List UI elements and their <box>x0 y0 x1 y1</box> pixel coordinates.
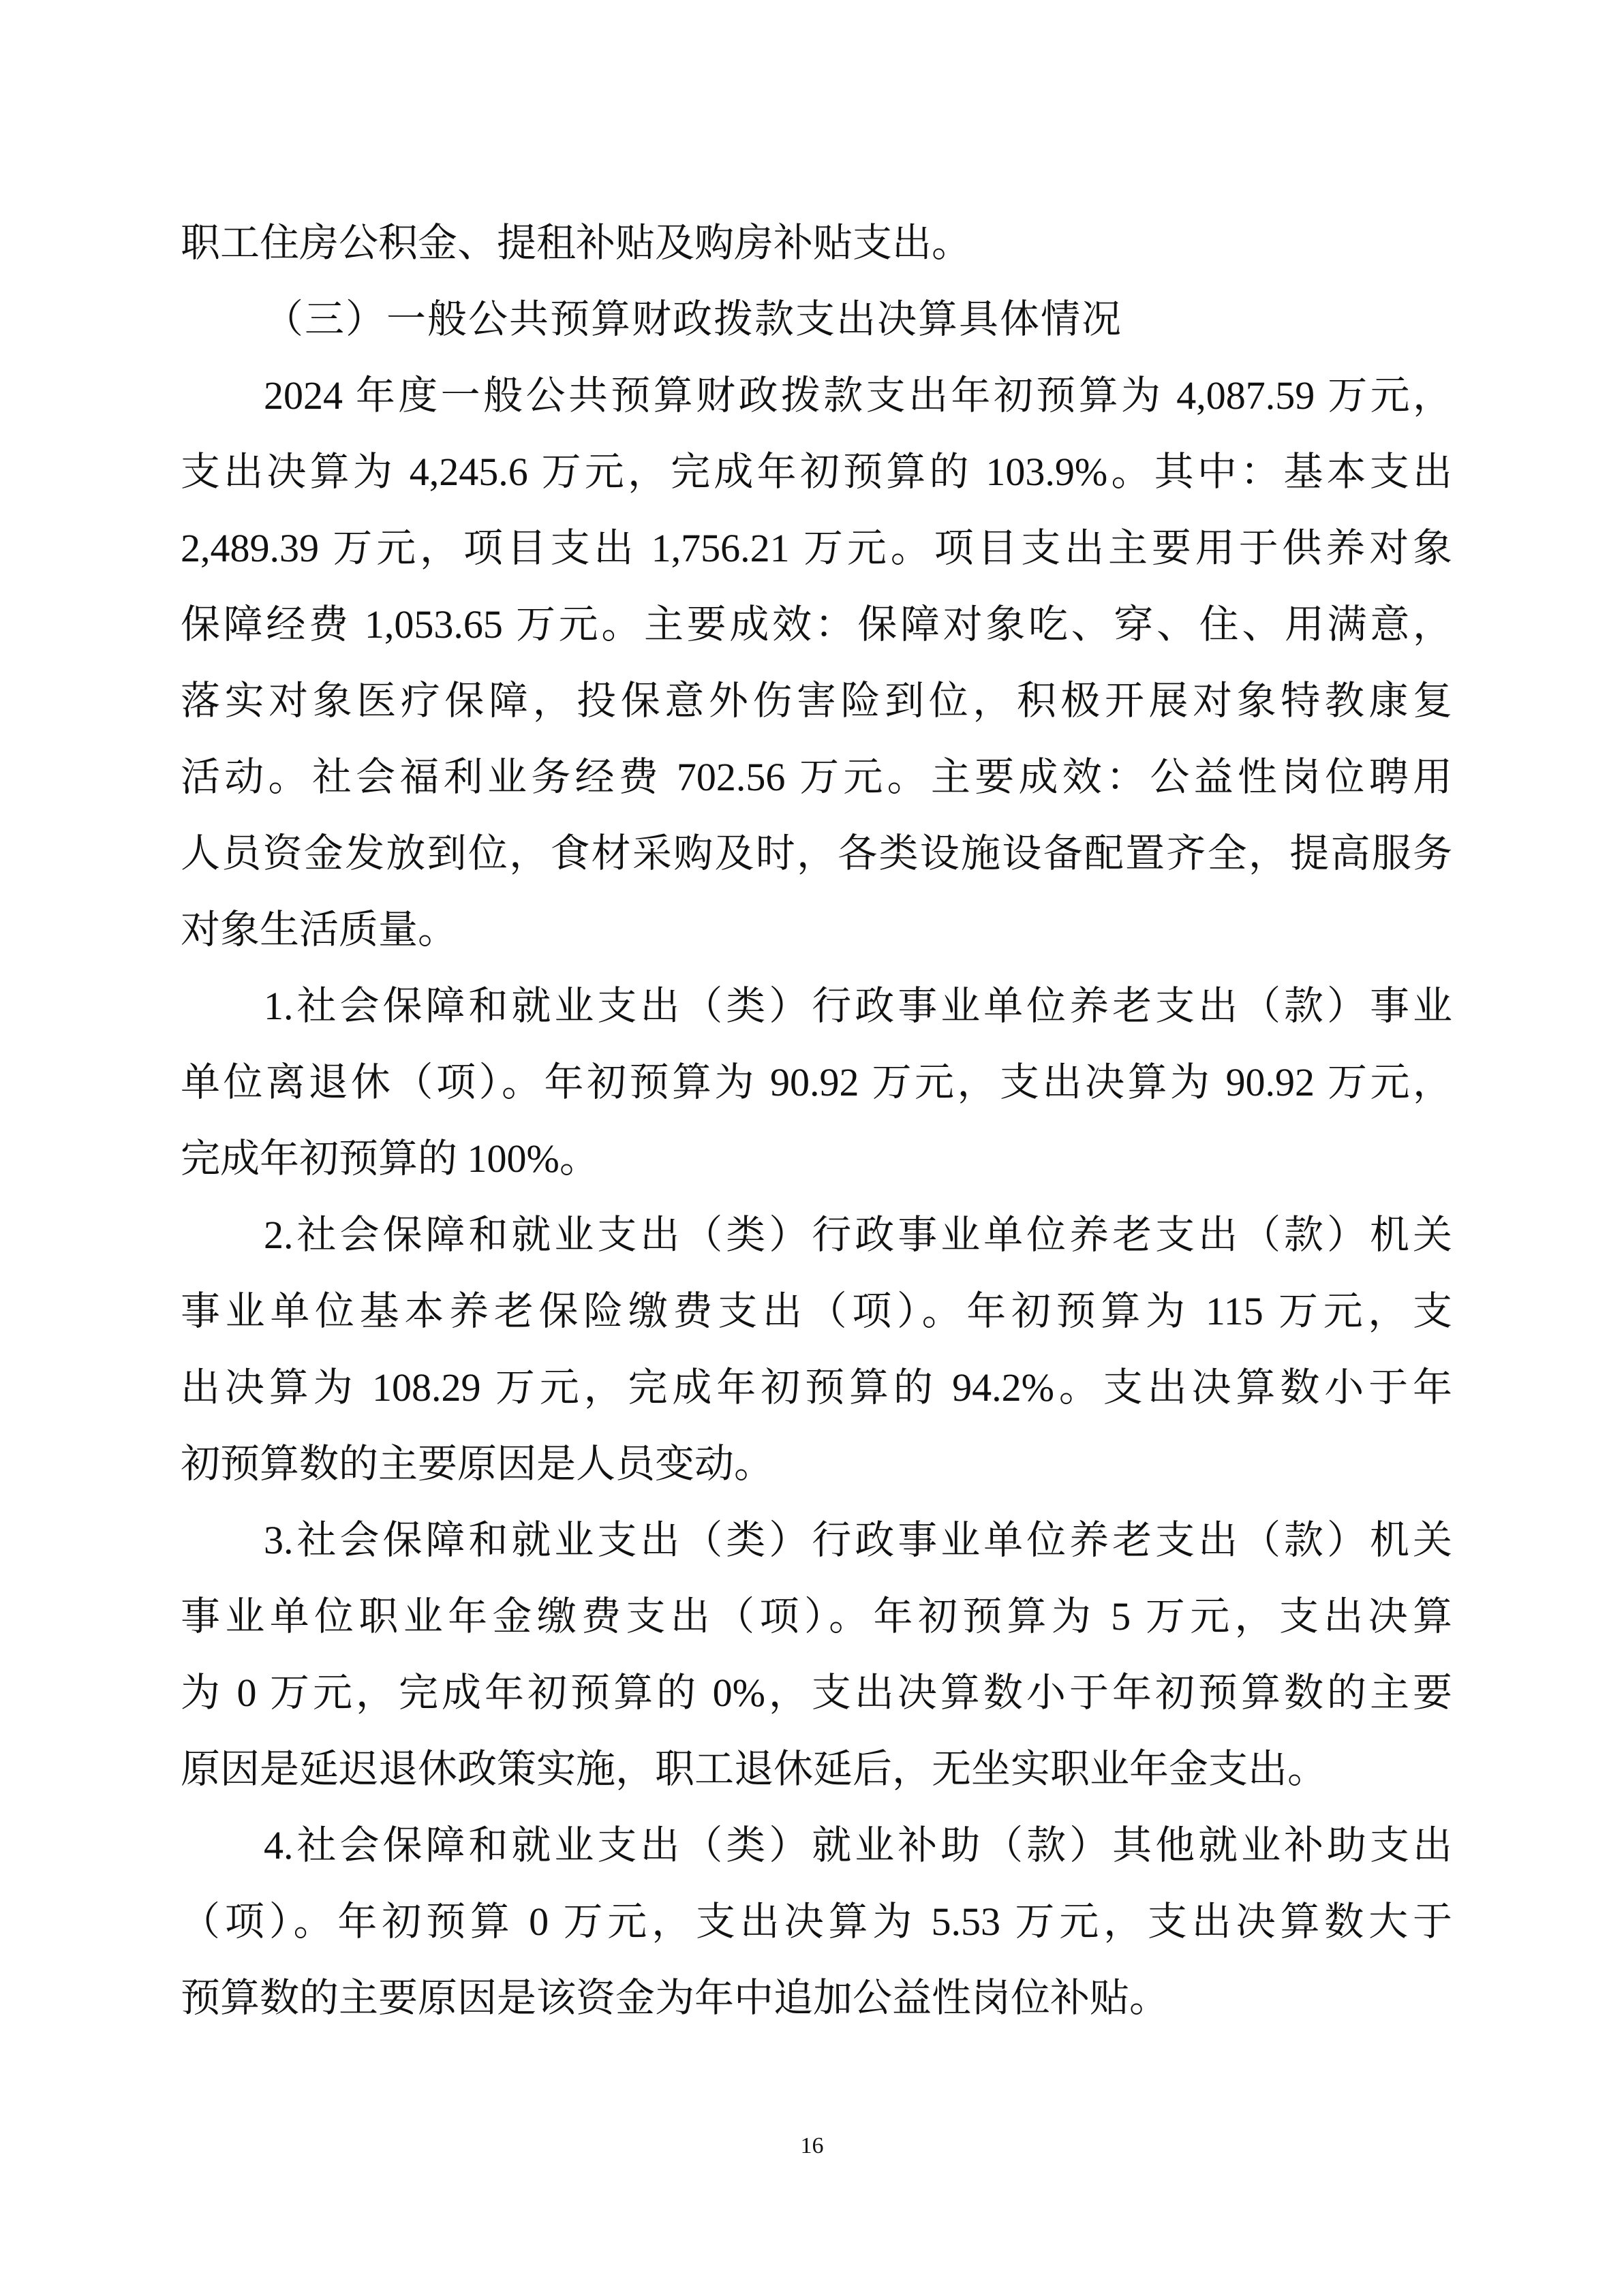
item-3-line: 事业单位职业年金缴费支出（项）。年初预算为 5 万元，支出决算 <box>181 1579 1452 1655</box>
paragraph-line: 2024 年度一般公共预算财政拨款支出年初预算为 4,087.59 万元， <box>181 358 1452 434</box>
body-text: 职工住房公积金、提租补贴及购房补贴支出。 （三）一般公共预算财政拨款支出决算具体… <box>181 205 1452 2036</box>
paragraph-line: 职工住房公积金、提租补贴及购房补贴支出。 <box>181 205 1452 281</box>
item-3-line: 原因是延迟退休政策实施，职工退休延后，无坐实职业年金支出。 <box>181 1731 1452 1808</box>
paragraph-line: 活动。社会福利业务经费 702.56 万元。主要成效：公益性岗位聘用 <box>181 739 1452 816</box>
item-2-line: 事业单位基本养老保险缴费支出（项）。年初预算为 115 万元，支 <box>181 1273 1452 1350</box>
paragraph-line: 人员资金发放到位，食材采购及时，各类设施设备配置齐全，提高服务 <box>181 816 1452 892</box>
item-2-line: 出决算为 108.29 万元，完成年初预算的 94.2%。支出决算数小于年 <box>181 1350 1452 1426</box>
item-4-line: 4.社会保障和就业支出（类）就业补助（款）其他就业补助支出 <box>181 1808 1452 1884</box>
paragraph-line: 支出决算为 4,245.6 万元，完成年初预算的 103.9%。其中：基本支出 <box>181 434 1452 510</box>
item-4-line: （项）。年初预算 0 万元，支出决算为 5.53 万元，支出决算数大于 <box>181 1884 1452 1960</box>
paragraph-line: 2,489.39 万元，项目支出 1,756.21 万元。项目支出主要用于供养对… <box>181 510 1452 587</box>
document-page: 职工住房公积金、提租补贴及购房补贴支出。 （三）一般公共预算财政拨款支出决算具体… <box>0 0 1624 2296</box>
item-3-line: 3.社会保障和就业支出（类）行政事业单位养老支出（款）机关 <box>181 1502 1452 1579</box>
section-heading: （三）一般公共预算财政拨款支出决算具体情况 <box>181 281 1452 358</box>
paragraph-line: 保障经费 1,053.65 万元。主要成效：保障对象吃、穿、住、用满意， <box>181 587 1452 663</box>
item-1-line: 单位离退休（项）。年初预算为 90.92 万元，支出决算为 90.92 万元， <box>181 1044 1452 1121</box>
item-4-line: 预算数的主要原因是该资金为年中追加公益性岗位补贴。 <box>181 1960 1452 2036</box>
paragraph-line: 对象生活质量。 <box>181 892 1452 968</box>
item-2-line: 2.社会保障和就业支出（类）行政事业单位养老支出（款）机关 <box>181 1197 1452 1273</box>
item-1-line: 1.社会保障和就业支出（类）行政事业单位养老支出（款）事业 <box>181 968 1452 1044</box>
item-3-line: 为 0 万元，完成年初预算的 0%，支出决算数小于年初预算数的主要 <box>181 1655 1452 1731</box>
item-2-line: 初预算数的主要原因是人员变动。 <box>181 1426 1452 1502</box>
paragraph-line: 落实对象医疗保障，投保意外伤害险到位，积极开展对象特教康复 <box>181 663 1452 739</box>
page-number: 16 <box>0 2131 1624 2161</box>
item-1-line: 完成年初预算的 100%。 <box>181 1121 1452 1197</box>
